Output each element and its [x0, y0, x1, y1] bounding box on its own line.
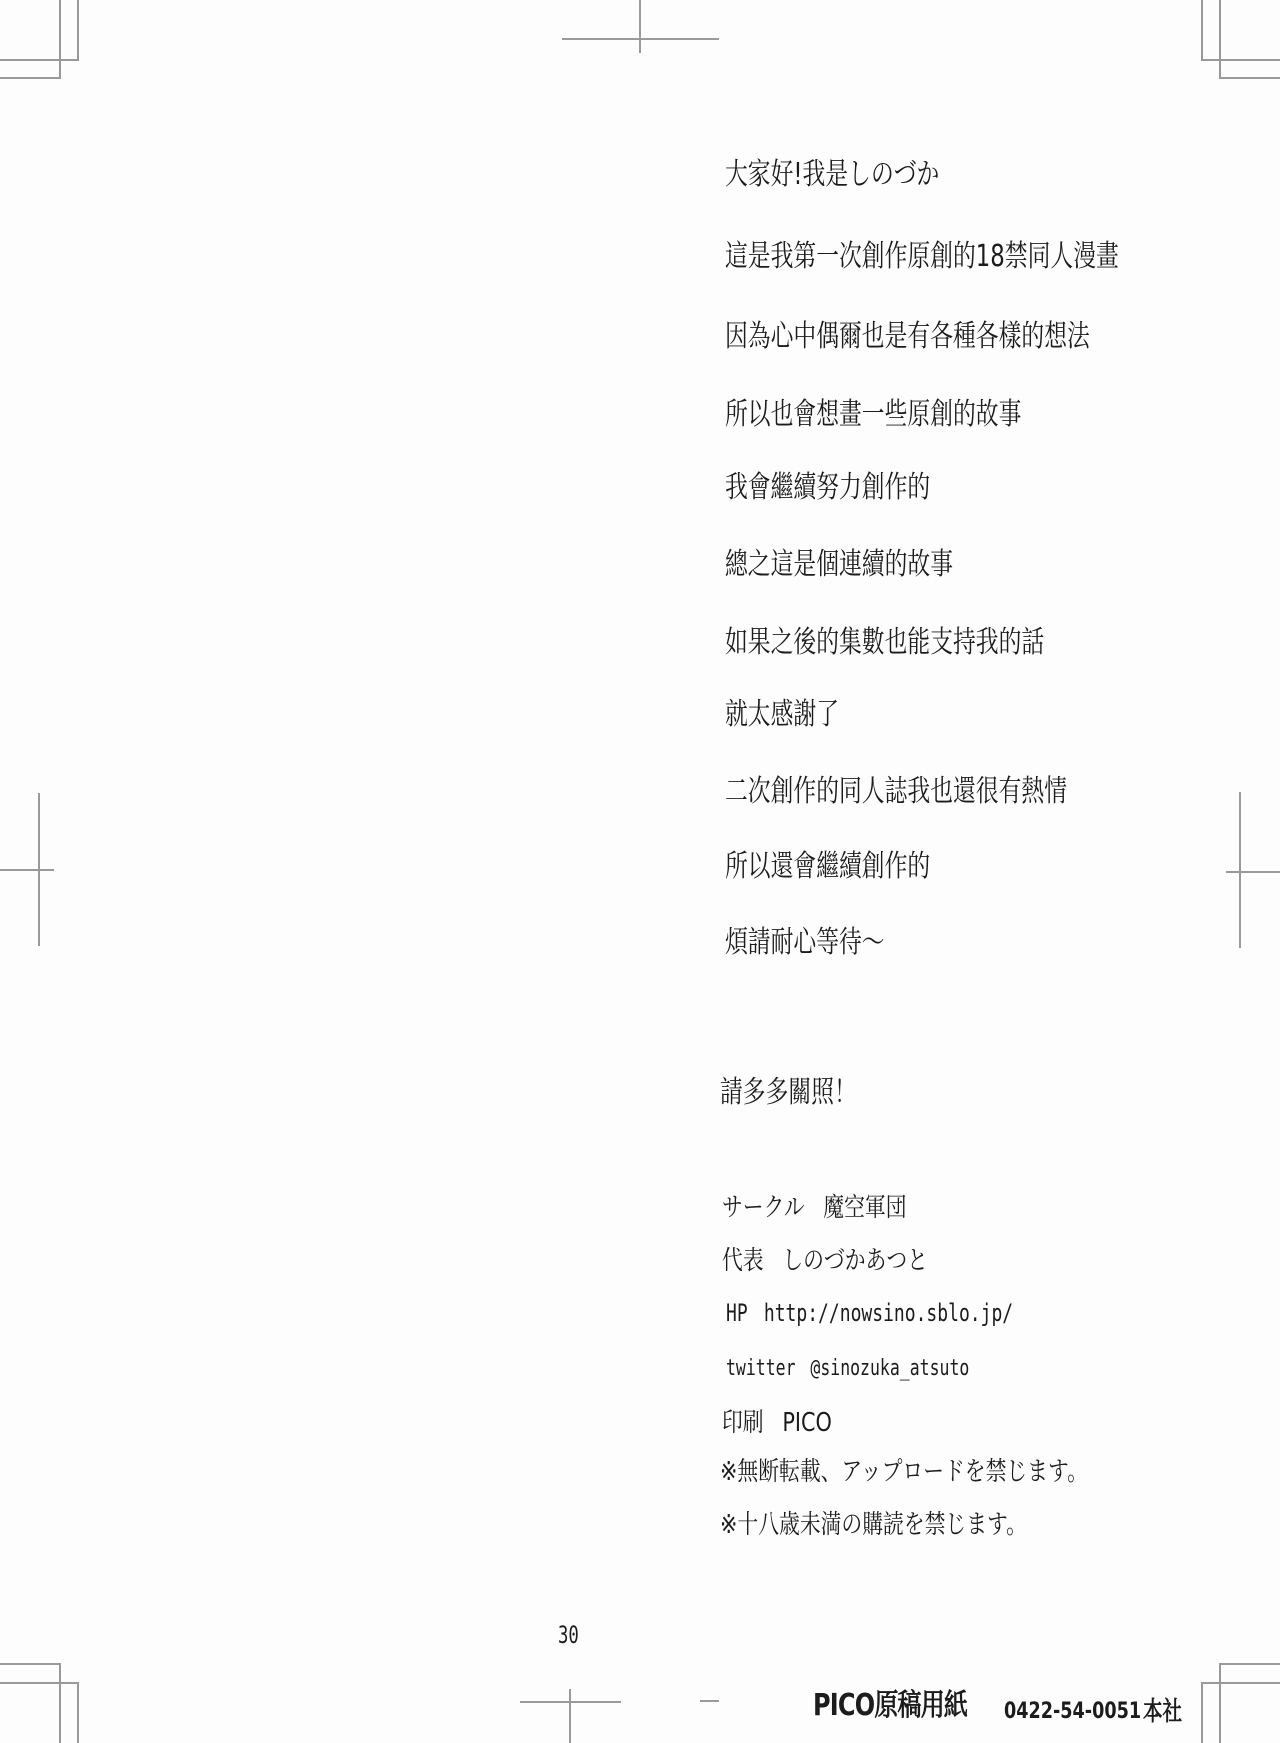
footer-phone: 0422-54-0051: [1004, 1701, 1141, 1723]
credit-twitter-handle: @sinozuka_atsuto: [810, 1356, 969, 1381]
trim-mark-bottom-left: [77, 1682, 79, 1743]
afterword-line: 總之這是個連續的故事: [725, 550, 953, 580]
afterword-line: 這是我第一次創作原創的18禁同人漫畫: [725, 242, 1119, 272]
trim-mark-top-right: [1201, 59, 1280, 61]
trim-mark-top-left: [77, 0, 79, 61]
credit-twitter-label: twitter: [726, 1356, 796, 1381]
trim-mark-right-middle: [1226, 871, 1280, 873]
trim-mark-top-left: [59, 0, 61, 79]
trim-mark-top-center: [562, 38, 719, 40]
credit-printer: 印刷PICO: [722, 1410, 832, 1436]
credit-representative-name: しのづかあつと: [782, 1246, 928, 1276]
closing-line: 請多多關照！: [720, 1078, 857, 1108]
afterword-line: 所以還會繼續創作的: [725, 852, 930, 882]
trim-mark-bottom-right: [1219, 1663, 1221, 1743]
trim-mark-top-right: [1219, 0, 1221, 79]
trim-mark-bottom-center: [700, 1700, 719, 1702]
credit-hp-label: HP: [726, 1299, 748, 1327]
trim-mark-left-middle: [0, 869, 54, 871]
footer-brand: PICO原稿用紙: [813, 1691, 967, 1721]
credit-representative-label: 代表: [722, 1246, 764, 1276]
credit-twitter: twitter@sinozuka_atsuto: [726, 1358, 969, 1380]
trim-mark-top-center: [639, 0, 641, 53]
credit-homepage: HPhttp://nowsino.sblo.jp/: [726, 1301, 1013, 1325]
credit-printer-name: PICO: [782, 1408, 832, 1438]
trim-mark-bottom-left: [0, 1682, 79, 1684]
notice-age-limit: ※十八歳未満の購読を禁じます。: [720, 1512, 1027, 1538]
trim-mark-bottom-right: [1201, 1682, 1280, 1684]
credit-hp-url: http://nowsino.sblo.jp/: [764, 1299, 1013, 1327]
afterword-line: 如果之後的集數也能支持我的話: [725, 628, 1044, 658]
trim-mark-bottom-center: [569, 1689, 571, 1743]
page-number: 30: [558, 1623, 579, 1647]
afterword-line: 我會繼續努力創作的: [725, 473, 930, 503]
afterword-line: 煩請耐心等待～: [725, 928, 885, 958]
scanned-page: 大家好!我是しのづか 這是我第一次創作原創的18禁同人漫畫 因為心中偶爾也是有各…: [0, 0, 1280, 1743]
afterword-line: 因為心中偶爾也是有各種各樣的想法: [725, 322, 1090, 352]
trim-mark-bottom-left: [59, 1663, 61, 1743]
credit-representative: 代表しのづかあつと: [722, 1248, 928, 1274]
trim-mark-bottom-right: [1219, 1663, 1280, 1665]
trim-mark-top-left: [0, 59, 79, 61]
notice-no-repost: ※無断転載、アップロードを禁じます。: [720, 1459, 1088, 1485]
trim-mark-bottom-center: [520, 1701, 621, 1703]
afterword-line: 就太感謝了: [725, 700, 839, 730]
trim-mark-top-left: [0, 77, 61, 79]
trim-mark-right-middle: [1239, 792, 1241, 948]
afterword-line: 所以也會想畫一些原創的故事: [725, 400, 1021, 430]
credit-circle-name: 魔空軍団: [823, 1193, 906, 1223]
credit-printer-label: 印刷: [722, 1408, 764, 1438]
trim-mark-bottom-left: [0, 1663, 61, 1665]
afterword-line: 二次創作的同人誌我也還很有熱情: [725, 777, 1067, 807]
credit-circle-label: サークル: [722, 1193, 805, 1223]
afterword-line: 大家好!我是しのづか: [725, 160, 939, 190]
credit-circle: サークル魔空軍団: [722, 1195, 907, 1221]
trim-mark-bottom-right: [1201, 1682, 1203, 1743]
trim-mark-top-right: [1201, 0, 1203, 61]
footer-office: 本社: [1143, 1699, 1182, 1725]
trim-mark-top-right: [1219, 77, 1280, 79]
